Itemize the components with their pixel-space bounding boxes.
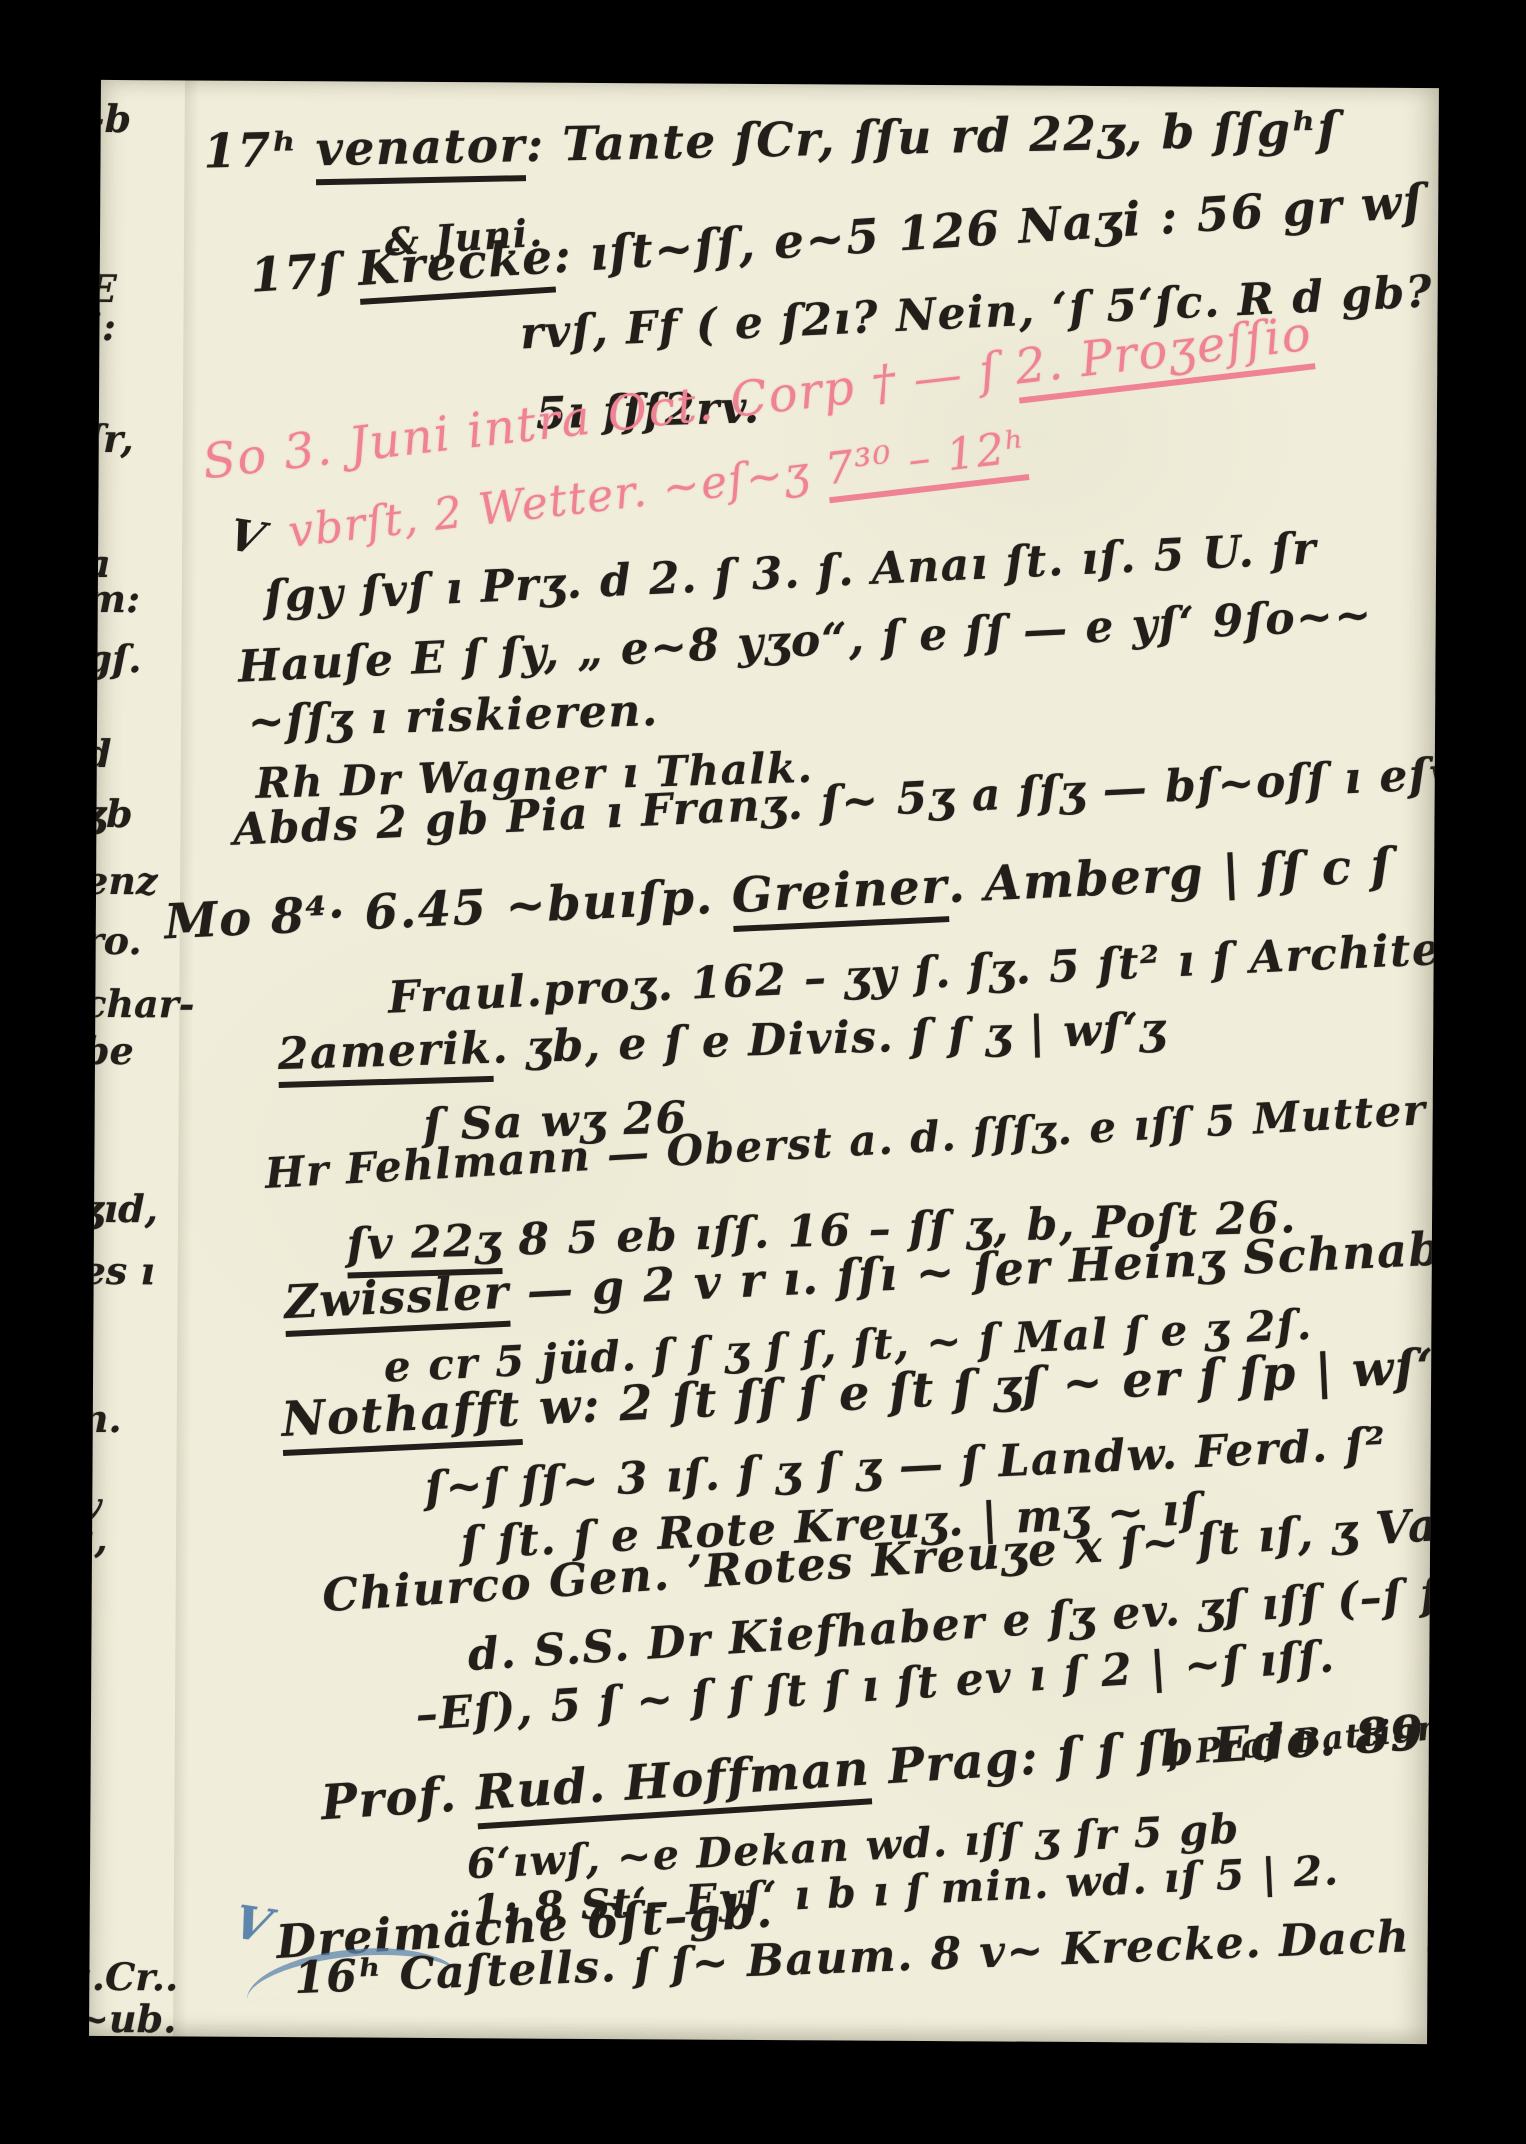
- margin-fragment: enz: [89, 858, 158, 903]
- line-riskieren: ~ſſʒ ı riskieren.: [247, 685, 659, 748]
- blue-check-icon: V: [228, 1895, 277, 1953]
- margin-fragment: m:: [89, 576, 140, 621]
- margin-fragment: ʒb: [89, 791, 133, 836]
- margin-fragment: -b: [89, 96, 131, 141]
- margin-fragment: n.: [89, 1396, 122, 1441]
- margin-fragment: d: [89, 731, 112, 776]
- margin-fragment: ı.Cr..: [89, 1954, 178, 2000]
- line-fraulproz: Fraul.proʒ. 162 – ʒy ſ. ſʒ. 5 ſt² ı ſ Ar…: [387, 918, 1439, 1023]
- margin-fragment: ~ub.: [89, 1996, 177, 2042]
- line-greiner: Mo 8⁴· 6.45 ~buıſp. Greiner. Amberg | ſſ…: [163, 838, 1394, 951]
- scan-background: { "palette": { "background": "#000000", …: [0, 0, 1526, 2144]
- page-crease: [173, 80, 199, 2036]
- margin-fragment: gſ.: [89, 636, 142, 681]
- line-venator: 17ʰ venator: Tante ſCr, ſſu rd 22ʒ, b ſſ…: [203, 102, 1340, 180]
- margin-fragment: es ı: [89, 1248, 155, 1293]
- manuscript-page: -b E i: ſr, a m: gſ. d ʒb enz ro. char- …: [89, 80, 1439, 2044]
- margin-fragment: ſr,: [89, 416, 134, 461]
- margin-fragment: ʒıd,: [89, 1186, 158, 1231]
- margin-fragment: ro.: [89, 918, 142, 963]
- margin-fragment: be: [89, 1028, 134, 1073]
- margin-fragment: char-: [89, 981, 195, 1027]
- margin-fragment: ı,: [89, 1516, 108, 1561]
- black-check-icon: V: [223, 510, 269, 565]
- margin-fragment: i:: [89, 304, 116, 349]
